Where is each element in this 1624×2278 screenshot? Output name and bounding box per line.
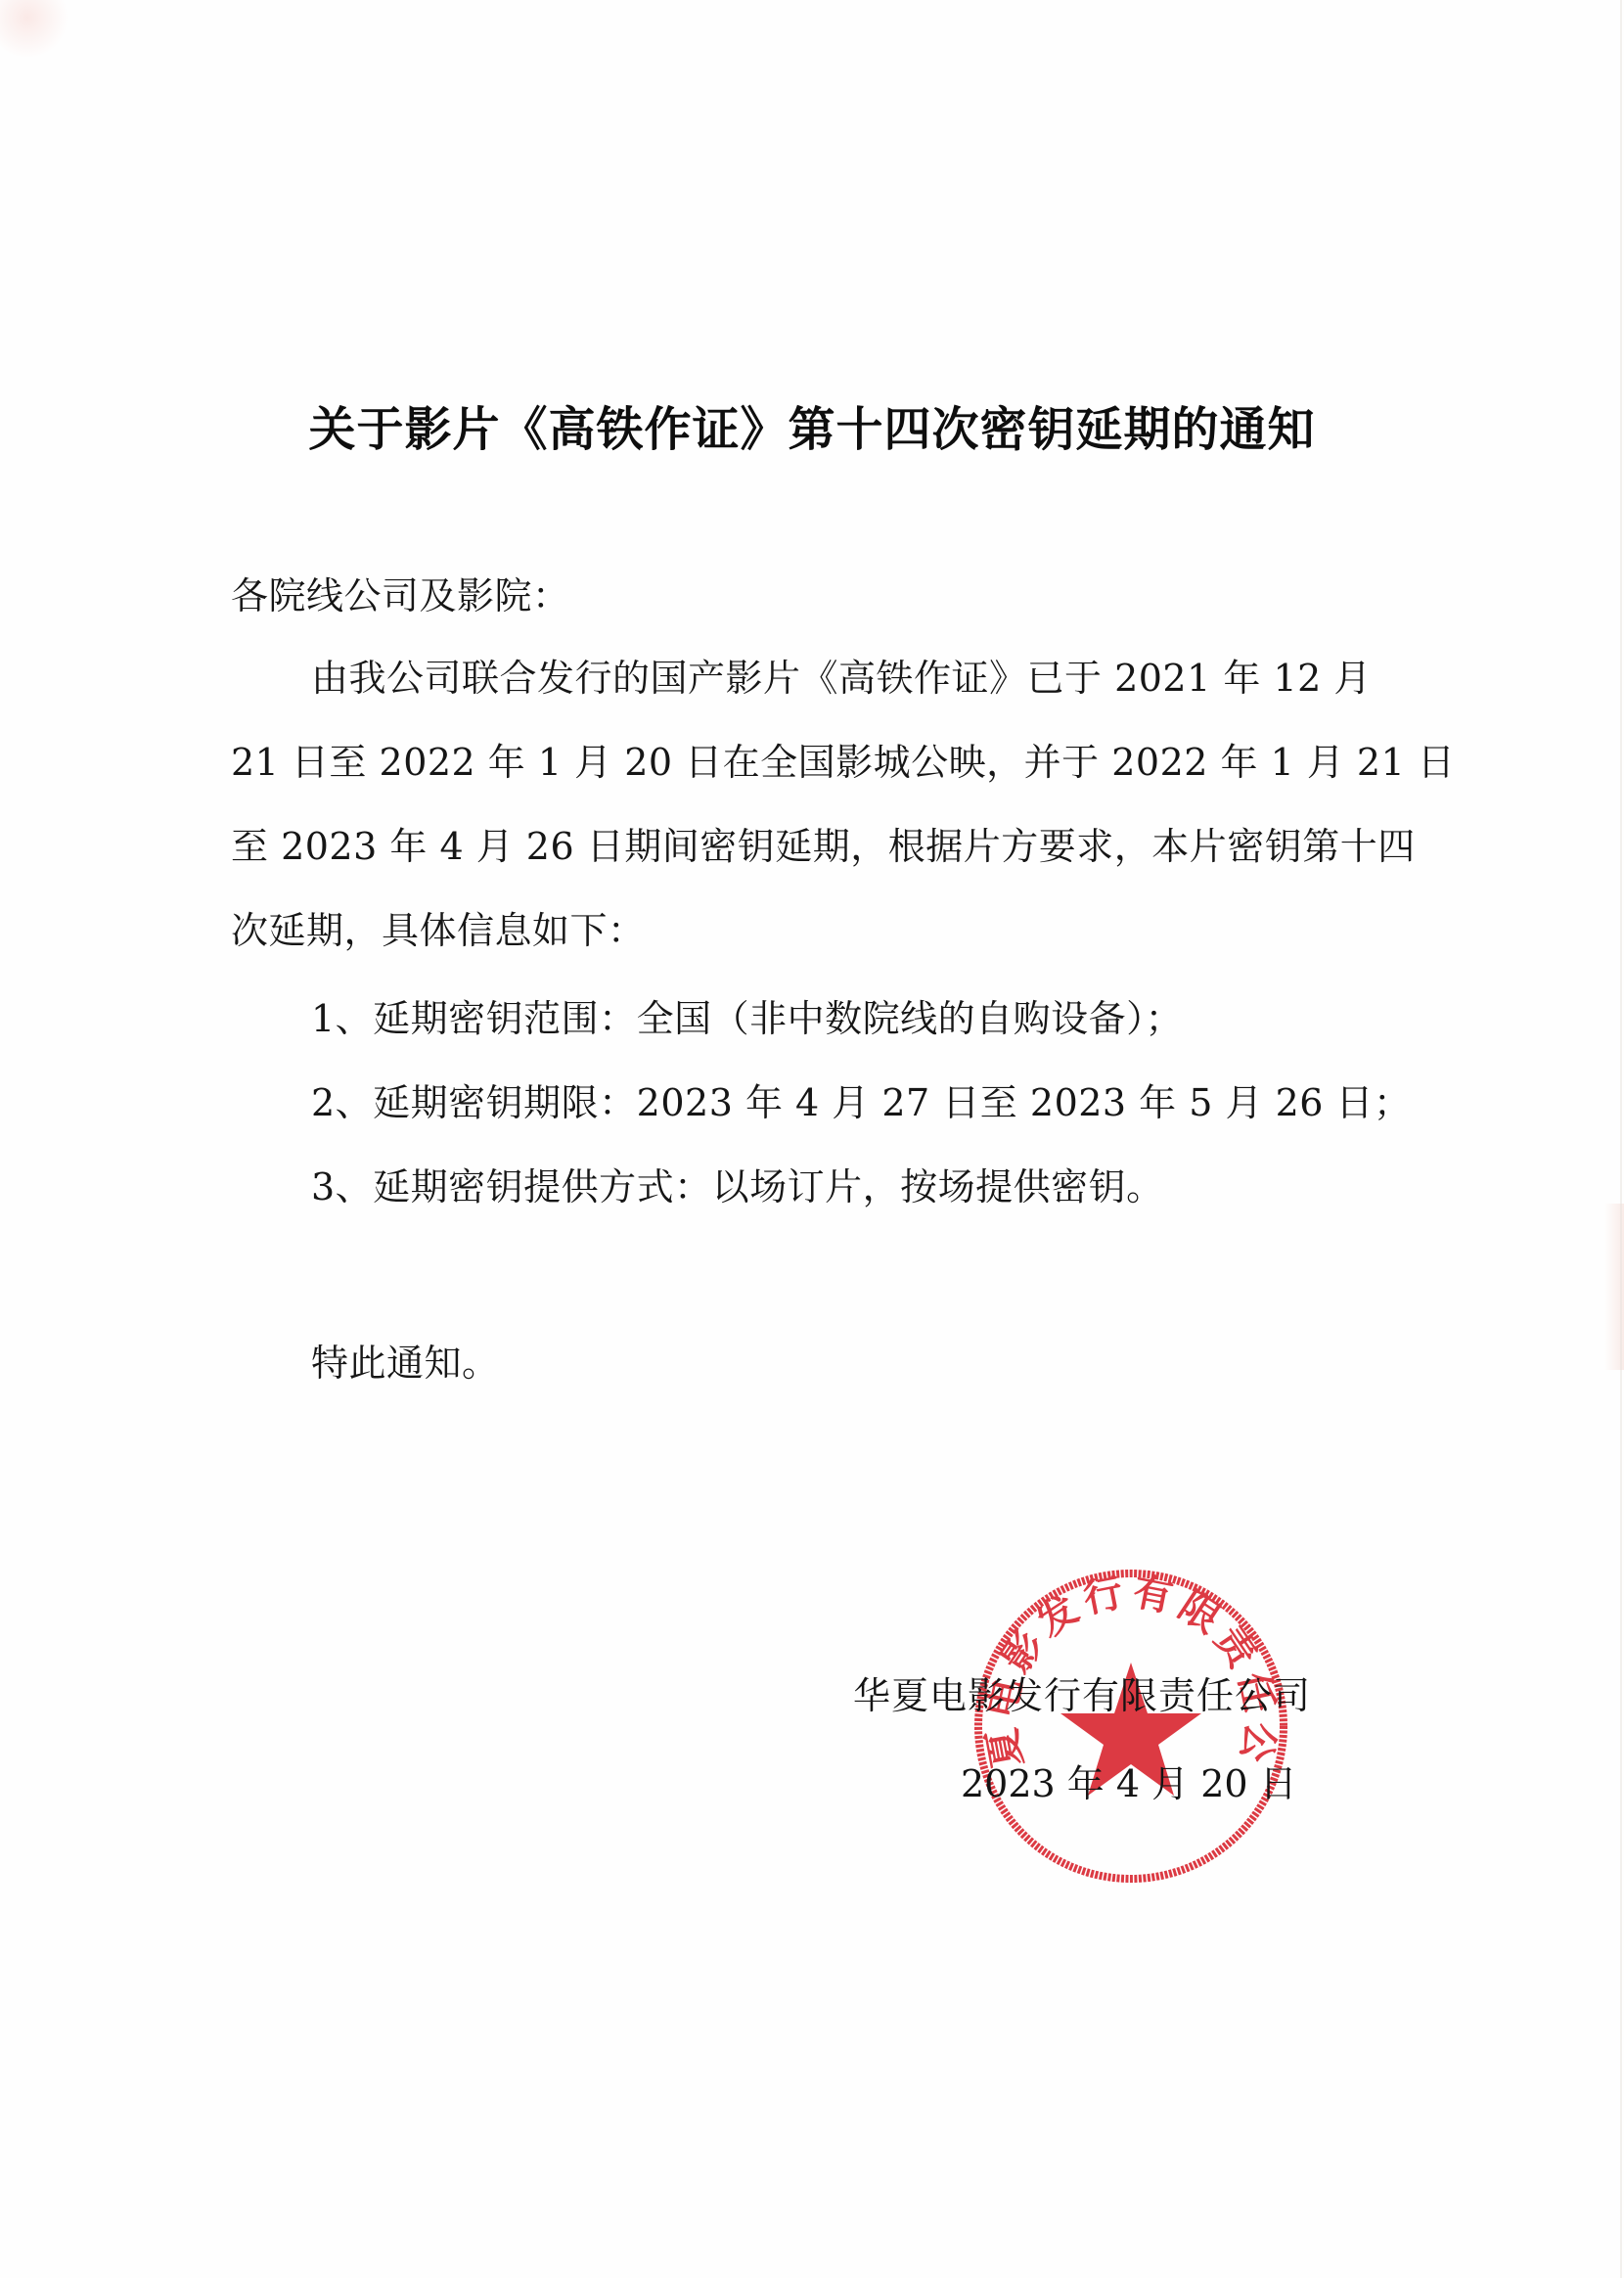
salutation: 各院线公司及影院： bbox=[231, 566, 570, 619]
body-line: 次延期，具体信息如下： bbox=[231, 900, 646, 954]
body-line: 至 2023 年 4 月 26 日期间密钥延期，根据片方要求，本片密钥第十四 bbox=[231, 816, 1416, 870]
body-line: 21 日至 2022 年 1 月 20 日在全国影城公映，并于 2022 年 1… bbox=[231, 732, 1455, 786]
list-item-method: 3、延期密钥提供方式：以场订片，按场提供密钥。 bbox=[311, 1157, 1164, 1210]
scan-edge bbox=[1620, 0, 1622, 2278]
list-item-period: 2、延期密钥期限：2023 年 4 月 27 日至 2023 年 5 月 26 … bbox=[311, 1072, 1412, 1126]
company-seal: 华夏电影发行有限责任公司 bbox=[971, 1567, 1290, 1886]
document-title: 关于影片《高铁作证》第十四次密钥延期的通知 bbox=[0, 391, 1624, 459]
body-line: 由我公司联合发行的国产影片《高铁作证》已于 2021 年 12 月 bbox=[311, 648, 1372, 702]
closing-text: 特此通知。 bbox=[311, 1333, 500, 1387]
scan-smudge bbox=[0, 0, 68, 59]
document-page: 关于影片《高铁作证》第十四次密钥延期的通知 各院线公司及影院： 由我公司联合发行… bbox=[0, 0, 1624, 2278]
signature-date: 2023 年 4 月 20 日 bbox=[961, 1754, 1297, 1807]
list-item-scope: 1、延期密钥范围：全国（非中数院线的自购设备）； bbox=[311, 988, 1183, 1042]
signature-organization: 华夏电影发行有限责任公司 bbox=[853, 1665, 1311, 1719]
